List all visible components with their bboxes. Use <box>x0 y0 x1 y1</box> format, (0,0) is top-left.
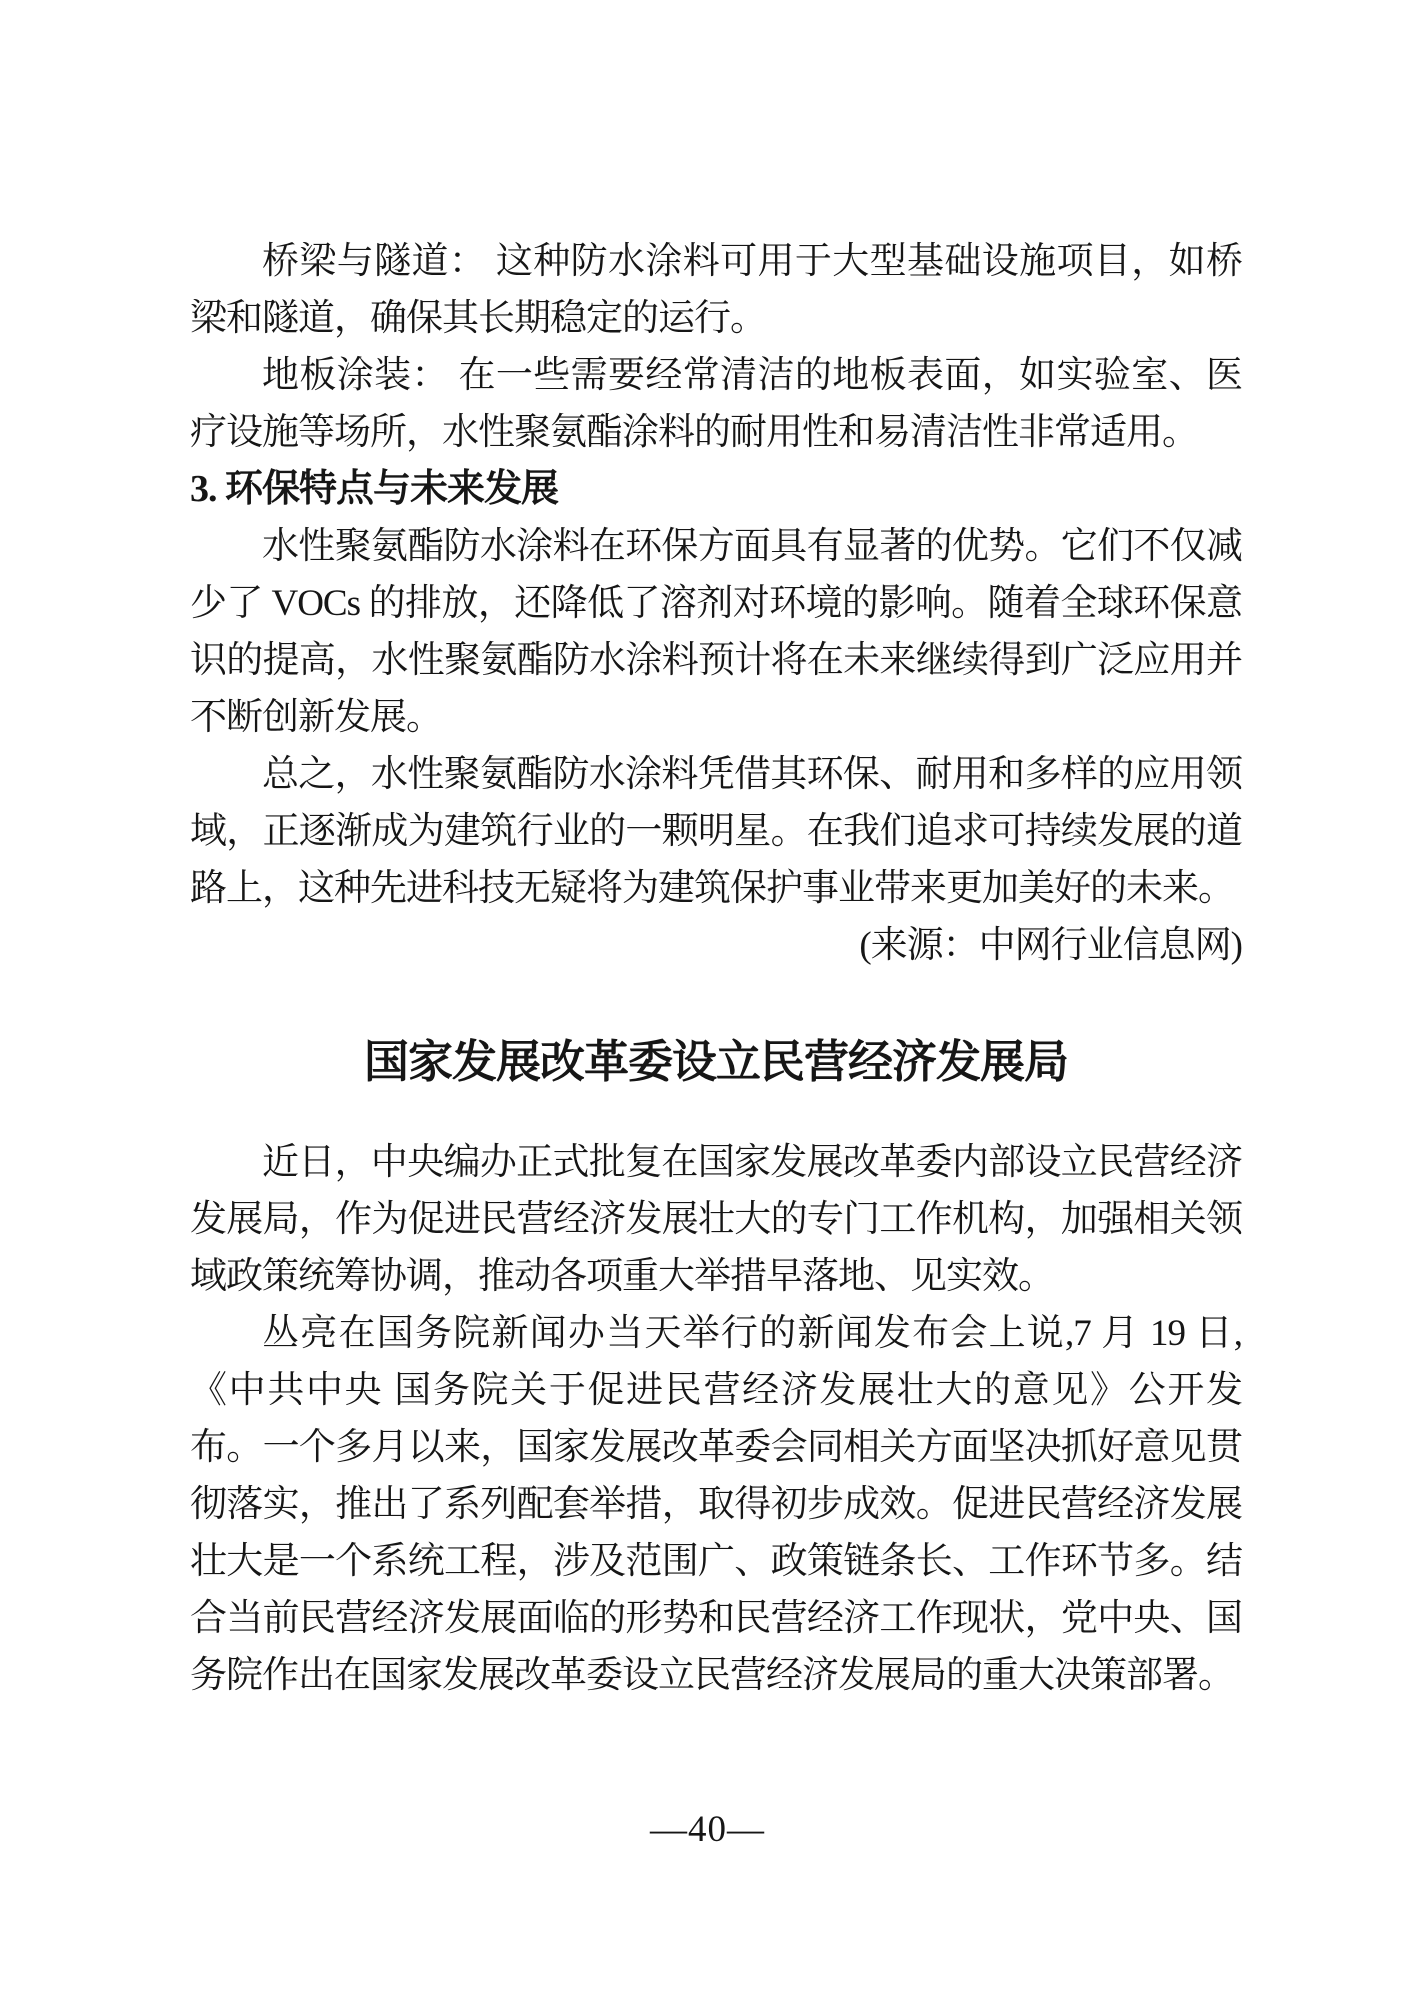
body-paragraph-bureau-establishment: 近日，中央编办正式批复在国家发展改革委内部设立民营经济发展局，作为促进民营经济发… <box>190 1134 1242 1305</box>
body-paragraph-voc-advantages: 水性聚氨酯防水涂料在环保方面具有显著的优势。它们不仅减少了 VOCs 的排放，还… <box>190 518 1242 746</box>
body-paragraph-summary: 总之，水性聚氨酯防水涂料凭借其环保、耐用和多样的应用领域，正逐渐成为建筑行业的一… <box>190 746 1242 917</box>
source-attribution: (来源：中网行业信息网) <box>190 917 1242 974</box>
document-page: 桥梁与隧道： 这种防水涂料可用于大型基础设施项目，如桥梁和隧道，确保其长期稳定的… <box>0 0 1415 2000</box>
body-paragraph-floor-coating: 地板涂装： 在一些需要经常清洁的地板表面，如实验室、医疗设施等场所，水性聚氨酯涂… <box>190 347 1242 461</box>
document-content: 桥梁与隧道： 这种防水涂料可用于大型基础设施项目，如桥梁和隧道，确保其长期稳定的… <box>190 233 1242 1704</box>
section-heading-environmental: 3. 环保特点与未来发展 <box>190 461 1242 518</box>
body-paragraph-bridges-tunnels: 桥梁与隧道： 这种防水涂料可用于大型基础设施项目，如桥梁和隧道，确保其长期稳定的… <box>190 233 1242 347</box>
body-paragraph-press-conference: 丛亮在国务院新闻办当天举行的新闻发布会上说,7 月 19 日,《中共中央 国务院… <box>190 1305 1242 1704</box>
page-number: —40— <box>0 1801 1415 1858</box>
article-title-ndrc-bureau: 国家发展改革委设立民营经济发展局 <box>190 1030 1242 1094</box>
